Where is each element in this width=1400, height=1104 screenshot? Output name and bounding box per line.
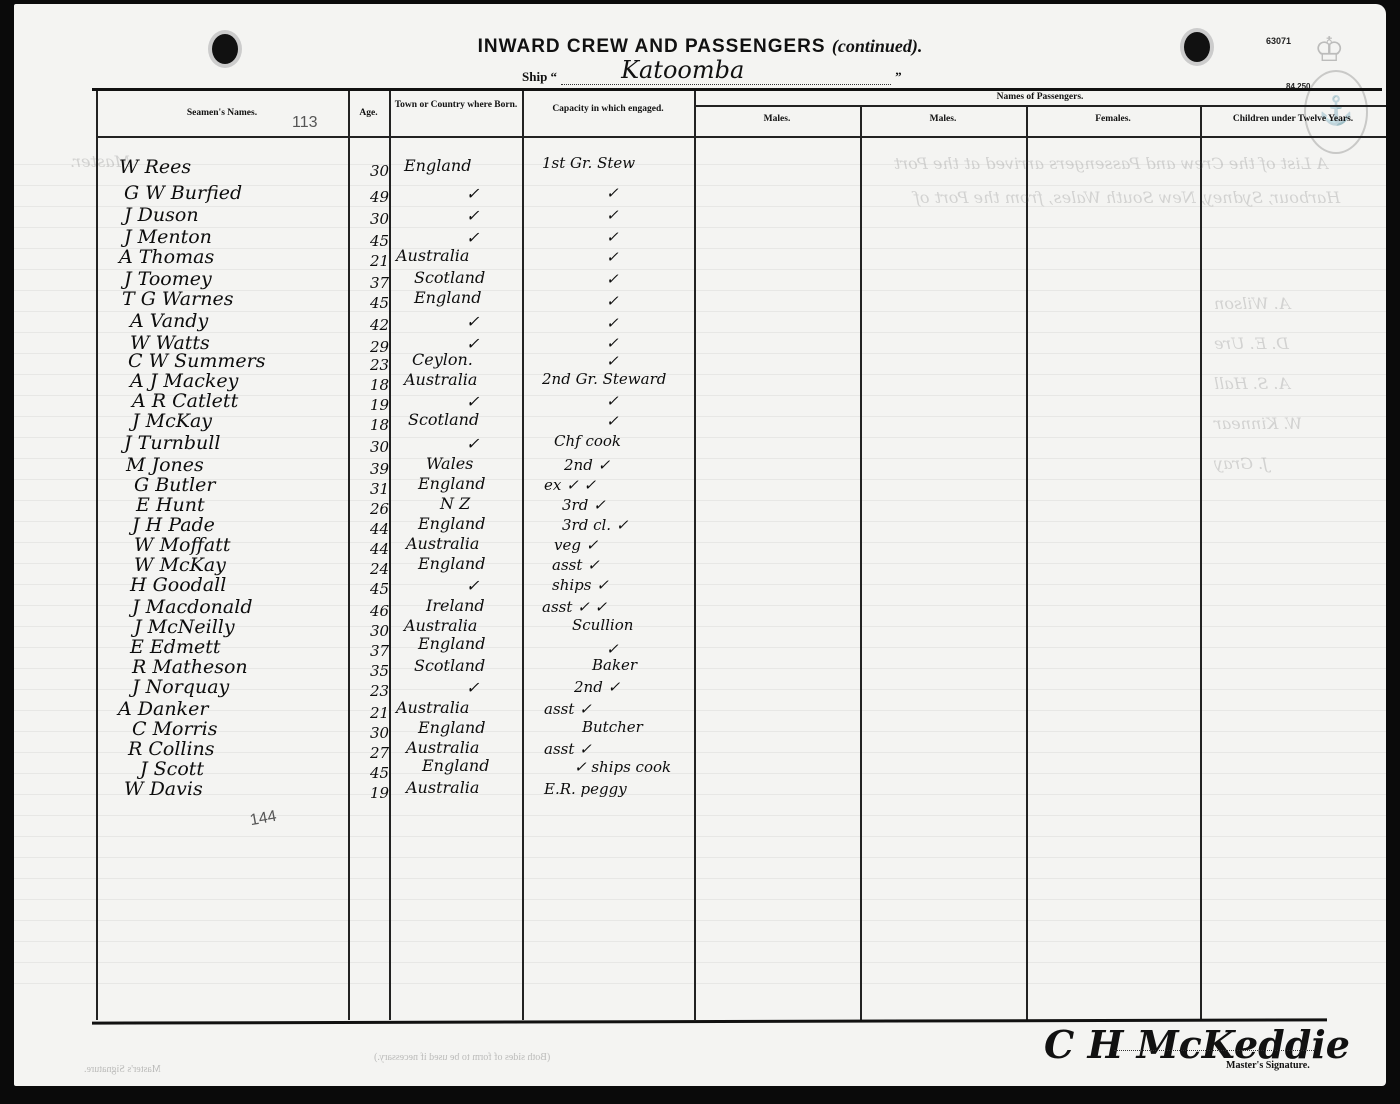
- seaman-born: England: [422, 756, 489, 775]
- seaman-name: R Matheson: [132, 656, 248, 678]
- seaman-age: 44: [370, 520, 389, 538]
- seaman-name: J Toomey: [124, 268, 212, 290]
- seaman-born: Ireland: [426, 596, 485, 615]
- seaman-capacity: asst ✓: [552, 556, 600, 574]
- col-line-passengers: [694, 91, 696, 1020]
- seaman-age: 30: [370, 438, 389, 456]
- seaman-born: England: [414, 288, 481, 307]
- seaman-name: A Danker: [118, 698, 208, 720]
- seaman-capacity: 1st Gr. Stew: [542, 154, 635, 172]
- seaman-born: Wales: [426, 454, 473, 473]
- seaman-name: A J Mackey: [130, 370, 238, 392]
- seaman-capacity: ✓: [606, 352, 619, 370]
- header-females: Females.: [1026, 114, 1200, 125]
- header-born: Town or Country where Born.: [394, 100, 518, 111]
- seaman-capacity: Chf cook: [554, 432, 621, 450]
- seaman-born: Australia: [406, 778, 479, 797]
- seaman-capacity: 2nd Gr. Steward: [542, 370, 666, 388]
- seaman-name: W Davis: [124, 778, 203, 800]
- seaman-capacity: asst ✓: [544, 740, 592, 758]
- seaman-born: Scotland: [414, 656, 485, 675]
- seaman-capacity: ex ✓ ✓: [544, 476, 596, 494]
- seaman-capacity: ✓ ships cook: [574, 758, 671, 776]
- seaman-name: C Morris: [132, 718, 217, 740]
- seaman-name: J McKay: [132, 410, 212, 432]
- seaman-capacity: ✓: [606, 334, 619, 352]
- seaman-born: N Z: [440, 494, 470, 513]
- bleed-through-text: J. Gray: [1214, 454, 1268, 473]
- seaman-age: 18: [370, 416, 389, 434]
- ship-name: Katoomba: [621, 56, 744, 84]
- bleed-through-text: A. S. Hall: [1214, 374, 1290, 393]
- bleed-through-text: A. Wilson: [1214, 294, 1290, 313]
- seaman-born: England: [418, 514, 485, 533]
- seaman-name: W McKay: [134, 554, 226, 576]
- seaman-name: H Goodall: [130, 574, 226, 596]
- seaman-name: J Scott: [140, 758, 204, 780]
- seaman-born: England: [418, 554, 485, 573]
- seaman-born: Ceylon.: [412, 350, 473, 369]
- ship-field: Ship “ Katoomba ”: [522, 62, 902, 85]
- seaman-born: ✓: [466, 312, 479, 331]
- seaman-age: 42: [370, 316, 389, 334]
- seaman-age: 29: [370, 338, 389, 356]
- seaman-age: 19: [370, 784, 389, 802]
- seaman-capacity: Butcher: [582, 718, 643, 736]
- seaman-name: J Macdonald: [132, 596, 253, 618]
- seaman-name: G W Burfied: [124, 182, 242, 204]
- bleed-through-text: Harbour, Sydney, New South Wales, from t…: [914, 188, 1340, 207]
- seaman-born: England: [418, 474, 485, 493]
- seaman-name: W Moffatt: [134, 534, 231, 556]
- seaman-name: A R Catlett: [132, 390, 238, 412]
- seaman-age: 21: [370, 704, 389, 722]
- seaman-age: 37: [370, 274, 389, 292]
- bleed-through-text: D. E. Ure: [1214, 334, 1289, 353]
- seaman-born: ✓: [466, 392, 479, 411]
- seaman-age: 24: [370, 560, 389, 578]
- seaman-name: J Turnbull: [124, 432, 220, 454]
- seaman-born: Scotland: [408, 410, 479, 429]
- seaman-age: 35: [370, 662, 389, 680]
- seaman-age: 23: [370, 682, 389, 700]
- col-line-children: [1200, 106, 1202, 1020]
- seaman-born: ✓: [466, 228, 479, 247]
- seaman-age: 31: [370, 480, 389, 498]
- col-line-born: [389, 91, 391, 1020]
- seaman-capacity: ✓: [606, 412, 619, 430]
- header-males-1: Males.: [694, 114, 860, 125]
- seaman-age: 39: [370, 460, 389, 478]
- seaman-age: 45: [370, 232, 389, 250]
- seaman-capacity: ✓: [606, 184, 619, 202]
- seaman-born: England: [418, 634, 485, 653]
- seaman-name: E Hunt: [136, 494, 205, 516]
- seaman-capacity: asst ✓: [544, 700, 592, 718]
- seaman-name: G Butler: [134, 474, 215, 496]
- bleed-through-text: A List of the Crew and Passengers arrive…: [894, 154, 1328, 173]
- seaman-capacity: E.R. peggy: [544, 780, 627, 798]
- seaman-capacity: 2nd ✓: [574, 678, 620, 696]
- seaman-capacity: ✓: [606, 292, 619, 310]
- seaman-age: 30: [370, 162, 389, 180]
- seaman-name: E Edmett: [130, 636, 220, 658]
- seaman-name: R Collins: [128, 738, 215, 760]
- seaman-name: J Menton: [124, 226, 212, 248]
- seaman-born: ✓: [466, 206, 479, 225]
- seaman-age: 18: [370, 376, 389, 394]
- passengers-subheader-rule: [694, 105, 1386, 107]
- seaman-born: Australia: [396, 246, 469, 265]
- seaman-age: 30: [370, 210, 389, 228]
- seaman-age: 46: [370, 602, 389, 620]
- header-males-2: Males.: [860, 114, 1026, 125]
- seaman-born: England: [404, 156, 471, 175]
- reverse-note-ghost: (Both sides of form to be used if necess…: [374, 1052, 550, 1063]
- header-passengers: Names of Passengers.: [694, 92, 1386, 103]
- seaman-age: 30: [370, 622, 389, 640]
- seaman-age: 44: [370, 540, 389, 558]
- seaman-name: J H Pade: [132, 514, 215, 536]
- header-bottom-rule: [96, 136, 1386, 138]
- seaman-born: Scotland: [414, 268, 485, 287]
- seaman-born: Australia: [404, 616, 477, 635]
- master-signature-label: Master's Signature.: [1226, 1060, 1310, 1071]
- seaman-capacity: Baker: [592, 656, 637, 674]
- seaman-born: Australia: [406, 738, 479, 757]
- col-line-capacity: [522, 91, 524, 1020]
- seaman-name: J Norquay: [132, 676, 229, 698]
- seaman-age: 30: [370, 724, 389, 742]
- seaman-born: Australia: [404, 370, 477, 389]
- seaman-name: C W Summers: [128, 350, 266, 372]
- page-ref-top: 113: [292, 114, 318, 132]
- seaman-capacity: 2nd ✓: [564, 456, 610, 474]
- seaman-capacity: veg ✓: [554, 536, 598, 554]
- anchor-seal-icon: ⚓: [1304, 70, 1368, 154]
- seaman-capacity: Scullion: [572, 616, 633, 634]
- title-text: INWARD CREW AND PASSENGERS: [478, 36, 826, 57]
- seaman-capacity: ships ✓: [552, 576, 609, 594]
- seaman-capacity: ✓: [606, 206, 619, 224]
- seaman-age: 19: [370, 396, 389, 414]
- seaman-name: A Thomas: [119, 246, 214, 268]
- seaman-capacity: asst ✓ ✓: [542, 598, 607, 616]
- signature-line: [1114, 1050, 1314, 1051]
- seaman-born: ✓: [466, 678, 479, 697]
- seaman-born: Australia: [396, 698, 469, 717]
- reverse-signature-label-ghost: Master's Signature.: [84, 1064, 161, 1075]
- manifest-page: 63071 84,250 ♔ ⚓ INWARD CREW AND PASSENG…: [14, 4, 1386, 1086]
- seaman-age: 23: [370, 356, 389, 374]
- seaman-age: 27: [370, 744, 389, 762]
- seaman-born: England: [418, 718, 485, 737]
- seaman-name: J Duson: [124, 204, 199, 226]
- seaman-capacity: 3rd cl. ✓: [562, 516, 628, 534]
- seaman-born: ✓: [466, 184, 479, 203]
- seaman-age: 45: [370, 764, 389, 782]
- col-line-males2: [860, 106, 862, 1020]
- seaman-capacity: ✓: [606, 248, 619, 266]
- ship-dotted-line: Katoomba: [561, 62, 891, 85]
- table-top-rule: [92, 88, 1382, 91]
- seaman-name: T G Warnes: [122, 288, 233, 310]
- header-age: Age.: [348, 108, 389, 119]
- seaman-capacity: ✓: [606, 314, 619, 332]
- seaman-born: ✓: [466, 576, 479, 595]
- seaman-age: 26: [370, 500, 389, 518]
- seaman-age: 21: [370, 252, 389, 270]
- header-children: Children under Twelve Years.: [1200, 114, 1386, 125]
- page-title: INWARD CREW AND PASSENGERS (continued).: [14, 36, 1386, 58]
- col-line-age: [348, 91, 350, 1020]
- ship-label: Ship “: [522, 69, 557, 85]
- seaman-born: ✓: [466, 434, 479, 453]
- header-capacity: Capacity in which engaged.: [522, 104, 694, 115]
- title-suffix: (continued).: [832, 36, 923, 56]
- seaman-born: Australia: [406, 534, 479, 553]
- seaman-capacity: ✓: [606, 270, 619, 288]
- seaman-age: 45: [370, 294, 389, 312]
- seaman-name: W Rees: [119, 156, 191, 178]
- seaman-name: M Jones: [126, 454, 204, 476]
- ship-close-quote: ”: [895, 69, 902, 85]
- seaman-age: 49: [370, 188, 389, 206]
- seaman-age: 37: [370, 642, 389, 660]
- bleed-through-text: W. Kinnear: [1214, 414, 1302, 433]
- col-line-females: [1026, 106, 1028, 1020]
- seaman-name: A Vandy: [130, 310, 208, 332]
- seaman-capacity: ✓: [606, 228, 619, 246]
- seaman-capacity: 3rd ✓: [562, 496, 606, 514]
- col-line-left: [96, 91, 98, 1020]
- seaman-capacity: ✓: [606, 392, 619, 410]
- seaman-age: 45: [370, 580, 389, 598]
- seaman-name: J McNeilly: [134, 616, 235, 638]
